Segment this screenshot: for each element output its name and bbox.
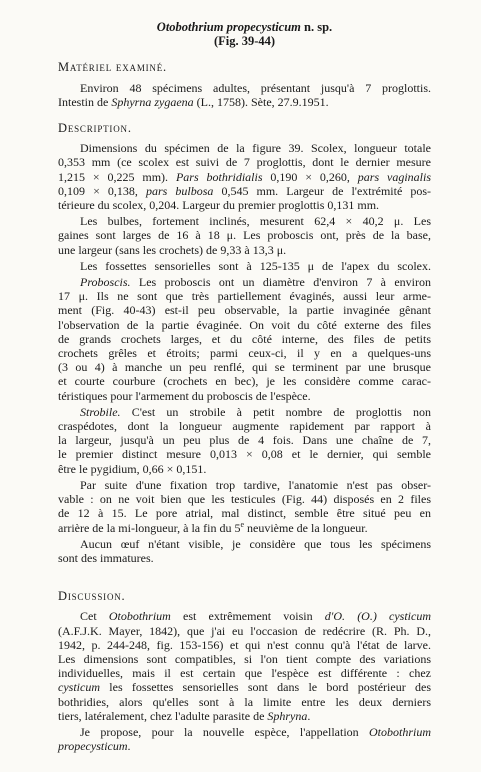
page-content: Otobothrium propecysticum n. sp.(Fig. 39… [58, 20, 431, 753]
text-line: térieure du scolex, 0,204. Largeur du pr… [58, 198, 431, 212]
text-line: ment (Fig. 40-43) est-il peu observable,… [58, 303, 431, 317]
text-segment: Je propose, pour la nouvelle espèce, l'a… [80, 725, 369, 739]
text-segment: Sphryna [267, 709, 307, 723]
text-segment: (A.F.J.K. Mayer, 1842), que j'ai eu l'oc… [58, 624, 431, 638]
para-immatures: Aucun œuf n'étant visible, je considère … [58, 537, 431, 565]
text-line: bothridies, alors qu'elles sont à la lim… [58, 695, 431, 709]
text-line: vable : on ne voit bien que les testicul… [58, 492, 431, 506]
text-segment: et courte courbure (crochets en bec), je… [58, 374, 431, 388]
text-segment: n. sp. [301, 20, 332, 34]
text-segment: . [128, 739, 131, 753]
para-materiel: Environ 48 spécimens adultes, présentant… [58, 81, 431, 109]
text-line: sont des immatures. [58, 551, 431, 565]
text-segment: être le pygidium, 0,66 × 0,151. [58, 462, 206, 476]
text-line: cysticum les fossettes sensorielles sont… [58, 680, 431, 694]
text-line: le premier distinct mesure 0,013 × 0,08 … [58, 447, 431, 461]
document-page: Otobothrium propecysticum n. sp.(Fig. 39… [0, 0, 481, 772]
text-segment: Otobothrium [109, 609, 171, 623]
text-line: 1,215 × 0,225 mm). Pars bothridialis 0,1… [58, 170, 431, 184]
text-segment: Otobothrium [369, 725, 431, 739]
text-segment: Proboscis. [80, 275, 131, 289]
text-segment: gaines sont larges de 16 à 18 μ. Les pro… [58, 228, 431, 242]
text-line: Cet Otobothrium est extrêmement voisin d… [58, 609, 431, 623]
text-segment: (L., 1758). Sète, 27.9.1951. [194, 95, 329, 109]
text-line: (A.F.J.K. Mayer, 1842), que j'ai eu l'oc… [58, 624, 431, 638]
text-segment: Strobile. [80, 405, 121, 419]
text-segment: 0,190 × 0,260, [263, 170, 358, 184]
text-segment: l'observation de la partie évaginée. On … [58, 318, 431, 332]
text-segment: d'O. (O.) cysticum [325, 609, 431, 623]
text-segment: sont des immatures. [58, 551, 154, 565]
text-segment: 0,353 mm (ce scolex est suivi de 7 progl… [58, 155, 431, 169]
text-segment: Les proboscis ont un diamètre d'environ … [131, 275, 431, 289]
text-segment: Pars bothridialis [176, 170, 263, 184]
text-segment: Aucun œuf n'étant visible, je considère … [80, 537, 431, 551]
text-segment: 17 μ. Ils ne sont que très partiellement… [58, 289, 431, 303]
text-line: Intestin de Sphyrna zygaena (L., 1758). … [58, 95, 431, 109]
text-segment: de grands crochets larges, et du côté in… [58, 332, 431, 346]
text-segment: C'est un strobile à petit nombre de prog… [121, 405, 431, 419]
text-segment: cysticum [58, 680, 100, 694]
text-segment: les fossettes sensorielles sont dans le … [100, 680, 431, 694]
para-strobile: Strobile. C'est un strobile à petit nomb… [58, 405, 431, 476]
text-line: Proboscis. Les proboscis ont un diamètre… [58, 275, 431, 289]
text-segment: (3 ou 4) à manche un peu renflé, qui se … [58, 360, 431, 374]
text-line: l'observation de la partie évaginée. On … [58, 318, 431, 332]
text-line: et courte courbure (crochets en bec), je… [58, 374, 431, 388]
text-line: la largeur, jusqu'à un peu plus de 4 foi… [58, 433, 431, 447]
text-segment: bothridies, alors qu'elles sont à la lim… [58, 695, 431, 709]
text-segment: vable : on ne voit bien que les testicul… [58, 492, 431, 506]
text-line: 0,109 × 0,138, pars bulbosa 0,545 mm. La… [58, 184, 431, 198]
text-line: être le pygidium, 0,66 × 0,151. [58, 462, 431, 476]
text-segment: 0,109 × 0,138, [58, 184, 146, 198]
text-line: téristiques pour l'armement du proboscis… [58, 389, 431, 403]
text-segment: téristiques pour l'armement du proboscis… [58, 389, 311, 403]
text-segment: est extrêmement voisin [171, 609, 325, 623]
text-line: craspédotes, dont la longueur augmente r… [58, 419, 431, 433]
text-segment: arrière de la mi-longueur, à la fin du 5 [58, 521, 240, 535]
para-proboscis: Proboscis. Les proboscis ont un diamètre… [58, 275, 431, 403]
text-line: Par suite d'une fixation trop tardive, l… [58, 478, 431, 492]
text-segment: Environ 48 spécimens adultes, présentant… [80, 81, 431, 95]
text-segment: Les bulbes, fortement inclinés, mesurent… [80, 214, 431, 228]
text-segment: (Fig. 39-44) [214, 34, 275, 48]
text-line: une largeur (sans les crochets) de 9,33 … [58, 243, 431, 257]
text-line: Aucun œuf n'étant visible, je considère … [58, 537, 431, 551]
text-line: Je propose, pour la nouvelle espèce, l'a… [58, 725, 431, 739]
text-segment: neuvième de la longueur. [244, 521, 368, 535]
species-title: Otobothrium propecysticum n. sp.(Fig. 39… [58, 20, 431, 48]
text-segment: 0,545 mm. Largeur de l'extrémité pos- [213, 184, 431, 198]
text-line: Les bulbes, fortement inclinés, mesurent… [58, 214, 431, 228]
para-bulbes: Les bulbes, fortement inclinés, mesurent… [58, 214, 431, 257]
para-fixation: Par suite d'une fixation trop tardive, l… [58, 478, 431, 535]
text-segment: une largeur (sans les crochets) de 9,33 … [58, 243, 286, 257]
text-segment: crochets grêles et étroits; parmi ceux-c… [58, 346, 431, 360]
text-line: arrière de la mi-longueur, à la fin du 5… [58, 521, 431, 535]
text-line: Les dimensions sont compatibles, si l'on… [58, 652, 431, 666]
text-segment: Cet [80, 609, 109, 623]
text-segment: craspédotes, dont la longueur augmente r… [58, 419, 431, 433]
para-dimensions: Dimensions du spécimen de la figure 39. … [58, 141, 431, 212]
text-segment: ment (Fig. 40-43) est-il peu observable,… [58, 303, 431, 317]
text-line: 0,353 mm (ce scolex est suivi de 7 progl… [58, 155, 431, 169]
text-line: crochets grêles et étroits; parmi ceux-c… [58, 346, 431, 360]
text-line: tiers, latéralement, chez l'adulte paras… [58, 709, 431, 723]
para-discussion: Cet Otobothrium est extrêmement voisin d… [58, 609, 431, 723]
text-line: Environ 48 spécimens adultes, présentant… [58, 81, 431, 95]
text-line: 17 μ. Ils ne sont que très partiellement… [58, 289, 431, 303]
text-line: Strobile. C'est un strobile à petit nomb… [58, 405, 431, 419]
text-line: Dimensions du spécimen de la figure 39. … [58, 141, 431, 155]
text-segment: Otobothrium propecysticum [157, 20, 301, 34]
text-segment: Sphyrna zygaena [111, 95, 193, 109]
text-segment: de 12 à 15. Le pore atrial, mal distinct… [58, 506, 431, 520]
text-segment: propecysticum [58, 739, 128, 753]
text-segment: pars vaginalis [358, 170, 431, 184]
text-line: 1942, p. 244-248, fig. 153-156) et qui n… [58, 638, 431, 652]
heading-discussion: Discussion. [58, 589, 431, 603]
text-segment: Les dimensions sont compatibles, si l'on… [58, 652, 431, 666]
text-line: propecysticum. [58, 739, 431, 753]
doc-title-line: (Fig. 39-44) [58, 34, 431, 48]
text-segment: le premier distinct mesure 0,013 × 0,08 … [58, 447, 431, 461]
text-segment: individuelles, mais il est certain que l… [58, 666, 431, 680]
text-line: de grands crochets larges, et du côté in… [58, 332, 431, 346]
text-line: de 12 à 15. Le pore atrial, mal distinct… [58, 506, 431, 520]
text-segment: la largeur, jusqu'à un peu plus de 4 foi… [58, 433, 431, 447]
text-segment: pars bulbosa [146, 184, 213, 198]
text-segment: Les fossettes sensorielles sont à 125-13… [80, 259, 431, 273]
heading-materiel-examine: Matériel examiné. [58, 60, 431, 74]
text-segment: . [307, 709, 310, 723]
text-line: individuelles, mais il est certain que l… [58, 666, 431, 680]
text-segment: térieure du scolex, 0,204. Largeur du pr… [58, 198, 379, 212]
text-line: Les fossettes sensorielles sont à 125-13… [58, 259, 431, 273]
text-segment: Dimensions du spécimen de la figure 39. … [80, 141, 431, 155]
heading-description: Description. [58, 121, 431, 135]
text-segment: Intestin de [58, 95, 111, 109]
text-line: gaines sont larges de 16 à 18 μ. Les pro… [58, 228, 431, 242]
para-fossettes: Les fossettes sensorielles sont à 125-13… [58, 259, 431, 273]
para-proposition: Je propose, pour la nouvelle espèce, l'a… [58, 725, 431, 753]
text-segment: tiers, latéralement, chez l'adulte paras… [58, 709, 267, 723]
text-segment: 1,215 × 0,225 mm). [58, 170, 176, 184]
doc-title-line: Otobothrium propecysticum n. sp. [58, 20, 431, 34]
text-line: (3 ou 4) à manche un peu renflé, qui se … [58, 360, 431, 374]
text-segment: Par suite d'une fixation trop tardive, l… [80, 478, 431, 492]
text-segment: 1942, p. 244-248, fig. 153-156) et qui n… [58, 638, 431, 652]
